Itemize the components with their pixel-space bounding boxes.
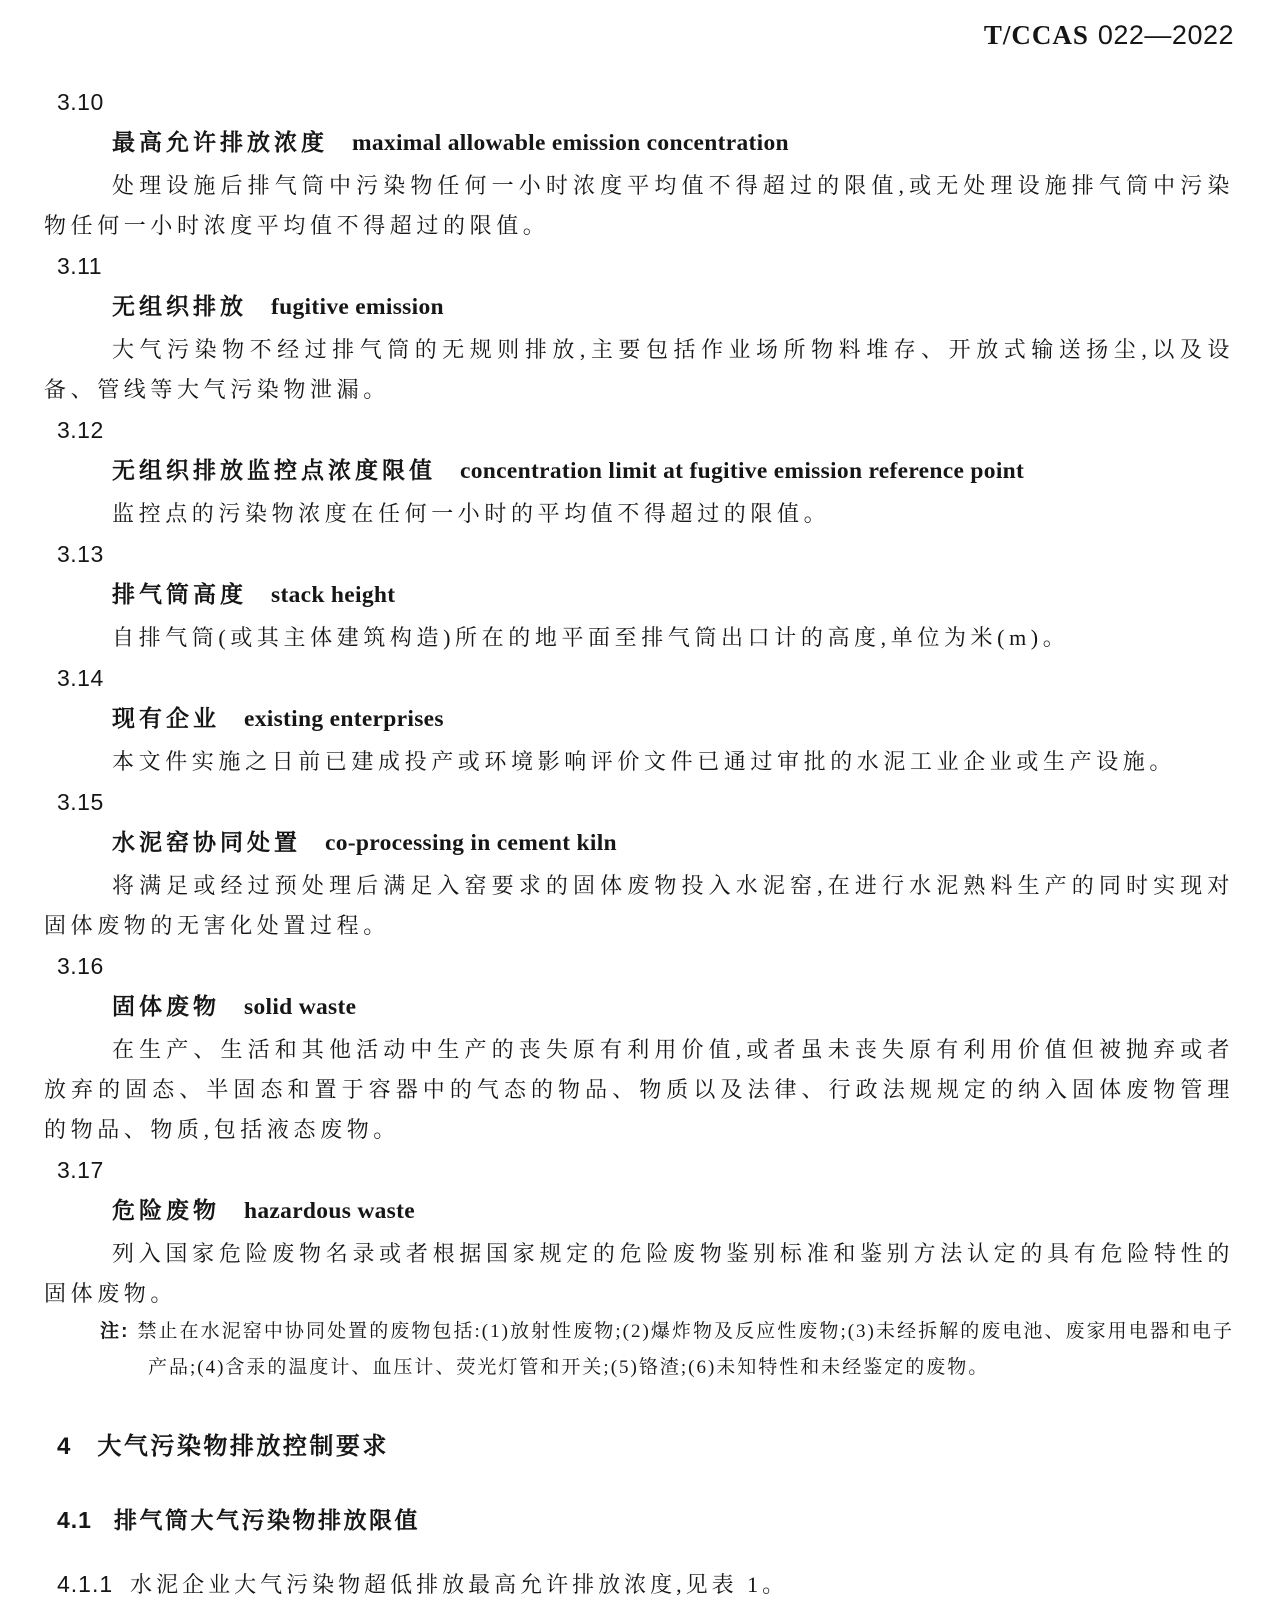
definition-3-15: 3.15 水泥窑协同处置co-processing in cement kiln…: [44, 782, 1234, 946]
document-page: T/CCAS022—2022 3.10 最高允许排放浓度maximal allo…: [0, 0, 1280, 1614]
term-zh: 现有企业: [112, 705, 220, 731]
term-heading: 最高允许排放浓度maximal allowable emission conce…: [44, 122, 1234, 166]
section-title: 大气污染物排放控制要求: [97, 1433, 389, 1460]
definition-body: 自排气筒(或其主体建筑构造)所在的地平面至排气筒出口计的高度,单位为米(m)。: [44, 618, 1234, 658]
clause-number: 3.16: [44, 946, 1234, 986]
standard-code-prefix: T/CCAS: [984, 20, 1089, 50]
standard-code-number: 022—2022: [1098, 20, 1234, 50]
definition-3-11: 3.11 无组织排放fugitive emission 大气污染物不经过排气筒的…: [44, 246, 1234, 410]
clause-number: 3.11: [44, 246, 1234, 286]
note: 注:禁止在水泥窑中协同处置的废物包括:(1)放射性废物;(2)爆炸物及反应性废物…: [44, 1314, 1234, 1386]
term-en: concentration limit at fugitive emission…: [460, 458, 1024, 484]
term-zh: 最高允许排放浓度: [112, 129, 328, 155]
term-zh: 无组织排放: [112, 293, 247, 319]
section-title: 排气筒大气污染物排放限值: [114, 1507, 420, 1533]
term-en: solid waste: [244, 994, 356, 1020]
definition-3-16: 3.16 固体废物solid waste 在生产、生活和其他活动中生产的丧失原有…: [44, 946, 1234, 1150]
note-label: 注:: [100, 1321, 129, 1342]
term-heading: 无组织排放监控点浓度限值concentration limit at fugit…: [44, 450, 1234, 494]
definition-3-13: 3.13 排气筒高度stack height 自排气筒(或其主体建筑构造)所在的…: [44, 534, 1234, 658]
clause-number: 4.1.1: [57, 1571, 113, 1597]
section-number: 4: [57, 1433, 70, 1460]
note-text: 禁止在水泥窑中协同处置的废物包括:(1)放射性废物;(2)爆炸物及反应性废物;(…: [137, 1321, 1234, 1378]
clause-number: 3.14: [44, 658, 1234, 698]
definition-body: 将满足或经过预处理后满足入窑要求的固体废物投入水泥窑,在进行水泥熟料生产的同时实…: [44, 866, 1234, 946]
definition-body: 列入国家危险废物名录或者根据国家规定的危险废物鉴别标准和鉴别方法认定的具有危险特…: [44, 1234, 1234, 1314]
clause-number: 3.17: [44, 1150, 1234, 1190]
section-4-heading: 4大气污染物排放控制要求: [44, 1427, 1234, 1467]
definition-body: 大气污染物不经过排气筒的无规则排放,主要包括作业场所物料堆存、开放式输送扬尘,以…: [44, 330, 1234, 410]
clause-number: 3.10: [44, 82, 1234, 122]
term-en: existing enterprises: [244, 706, 444, 732]
term-heading: 排气筒高度stack height: [44, 574, 1234, 618]
clause-text: 水泥企业大气污染物超低排放最高允许排放浓度,见表 1。: [130, 1572, 788, 1597]
term-zh: 水泥窑协同处置: [112, 829, 301, 855]
term-zh: 危险废物: [112, 1197, 220, 1223]
term-heading: 水泥窑协同处置co-processing in cement kiln: [44, 822, 1234, 866]
term-en: co-processing in cement kiln: [325, 830, 617, 856]
clause-number: 3.15: [44, 782, 1234, 822]
term-zh: 固体废物: [112, 993, 220, 1019]
page-header: T/CCAS022—2022: [44, 18, 1234, 52]
definition-3-17: 3.17 危险废物hazardous waste 列入国家危险废物名录或者根据国…: [44, 1150, 1234, 1386]
clause-number: 3.13: [44, 534, 1234, 574]
term-en: maximal allowable emission concentration: [352, 130, 789, 156]
section-4-1-heading: 4.1排气筒大气污染物排放限值: [44, 1500, 1234, 1540]
definition-3-10: 3.10 最高允许排放浓度maximal allowable emission …: [44, 82, 1234, 246]
term-heading: 危险废物hazardous waste: [44, 1190, 1234, 1234]
definition-body: 本文件实施之日前已建成投产或环境影响评价文件已通过审批的水泥工业企业或生产设施。: [44, 742, 1234, 782]
definition-3-12: 3.12 无组织排放监控点浓度限值concentration limit at …: [44, 410, 1234, 534]
term-en: stack height: [271, 582, 395, 608]
term-heading: 现有企业existing enterprises: [44, 698, 1234, 742]
definition-body: 在生产、生活和其他活动中生产的丧失原有利用价值,或者虽未丧失原有利用价值但被抛弃…: [44, 1030, 1234, 1150]
definition-body: 监控点的污染物浓度在任何一小时的平均值不得超过的限值。: [44, 494, 1234, 534]
term-zh: 无组织排放监控点浓度限值: [112, 457, 436, 483]
clause-number: 3.12: [44, 410, 1234, 450]
section-number: 4.1: [57, 1507, 92, 1533]
term-en: fugitive emission: [271, 294, 444, 320]
term-heading: 无组织排放fugitive emission: [44, 286, 1234, 330]
definition-3-14: 3.14 现有企业existing enterprises 本文件实施之日前已建…: [44, 658, 1234, 782]
definition-body: 处理设施后排气筒中污染物任何一小时浓度平均值不得超过的限值,或无处理设施排气筒中…: [44, 166, 1234, 246]
term-en: hazardous waste: [244, 1198, 415, 1224]
term-heading: 固体废物solid waste: [44, 986, 1234, 1030]
clause-4-1-1: 4.1.1水泥企业大气污染物超低排放最高允许排放浓度,见表 1。: [44, 1564, 1234, 1605]
term-zh: 排气筒高度: [112, 581, 247, 607]
